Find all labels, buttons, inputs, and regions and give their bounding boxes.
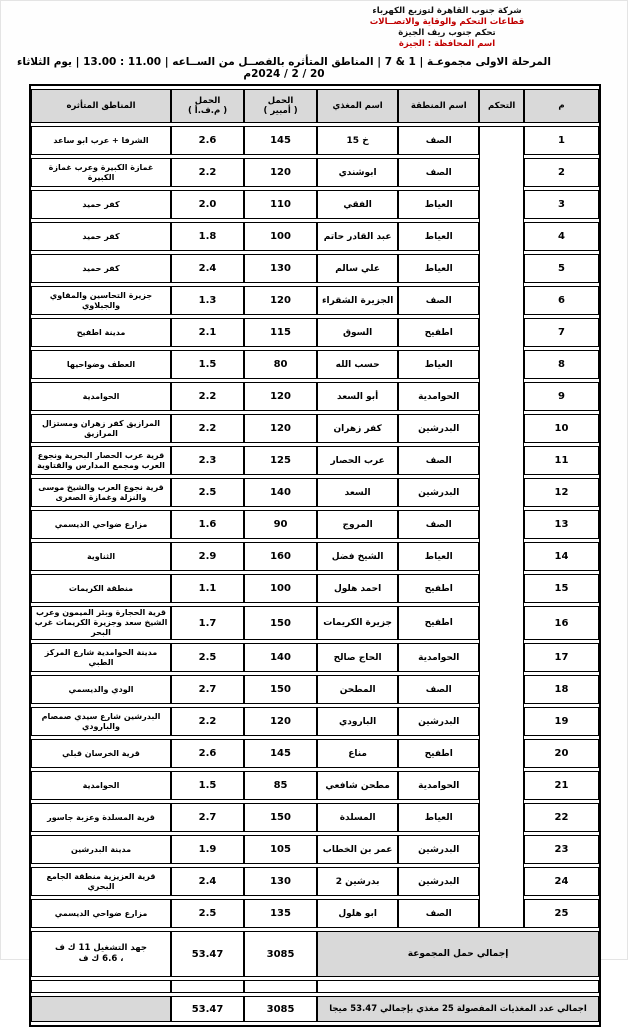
row-number: 7: [524, 318, 599, 347]
table-row: 1الصفخ 151452.6الشرفا + عرب ابو ساعد: [31, 126, 599, 155]
page-title: المرحلة الاولى مجموعـة | 1 & 7 | المناطق…: [11, 56, 617, 80]
load-amp-value: 90: [244, 510, 317, 539]
area-name: الصف: [398, 126, 479, 155]
load-mva-value: 2.7: [171, 675, 244, 704]
column-header-number: م: [524, 89, 599, 123]
document-page: شركة جنوب القاهرة لتوزيع الكهرباء قطاعات…: [0, 0, 628, 960]
affected-areas: كفر حميد: [31, 254, 171, 283]
load-amp-value: 145: [244, 739, 317, 768]
feeder-name: الحاج صالح: [317, 643, 398, 672]
company-name: شركة جنوب القاهرة لتوزيع الكهرباء: [322, 6, 572, 17]
area-name: الصف: [398, 510, 479, 539]
letterhead: شركة جنوب القاهرة لتوزيع الكهرباء قطاعات…: [322, 6, 572, 50]
load-mva-value: 1.5: [171, 350, 244, 379]
outage-table: م التحكم اسم المنطقة اسم المغذي الحمل ( …: [29, 84, 601, 1027]
row-number: 5: [524, 254, 599, 283]
affected-areas: منطقة الكريمات: [31, 574, 171, 603]
affected-areas: الودي والديسمي: [31, 675, 171, 704]
row-number: 24: [524, 867, 599, 896]
group-total-label: إجمالي حمل المجموعة: [317, 931, 599, 977]
spacer-row: [31, 980, 599, 993]
row-number: 13: [524, 510, 599, 539]
load-mva-value: 2.9: [171, 542, 244, 571]
group-total-row: إجمالي حمل المجموعة 3085 53.47 جهد التشغ…: [31, 931, 599, 977]
feeder-name: خ 15: [317, 126, 398, 155]
feeder-name: علي سالم: [317, 254, 398, 283]
load-amp-value: 120: [244, 707, 317, 736]
group-total-mva: 53.47: [171, 931, 244, 977]
load-amp-value: 145: [244, 126, 317, 155]
area-name: اطفيح: [398, 606, 479, 640]
load-mva-value: 1.7: [171, 606, 244, 640]
affected-areas: مدينة اطفيح: [31, 318, 171, 347]
affected-areas: قرية عرب الحصار البحرية ونجوع العرب ومجم…: [31, 446, 171, 475]
feeder-name: ابو هلول: [317, 899, 398, 928]
affected-areas: كفر حميد: [31, 222, 171, 251]
load-amp-value: 120: [244, 286, 317, 315]
affected-areas: قرية العزيزية منطقة الجامع البحري: [31, 867, 171, 896]
load-amp-value: 120: [244, 158, 317, 187]
affected-areas: مدينة البدرشين: [31, 835, 171, 864]
operating-voltage-note: جهد التشغيل 11 ك ف ، 6.6 ك ف: [31, 931, 171, 977]
load-mva-value: 1.5: [171, 771, 244, 800]
load-mva-value: 1.8: [171, 222, 244, 251]
control-cell: [479, 126, 524, 928]
row-number: 25: [524, 899, 599, 928]
row-number: 1: [524, 126, 599, 155]
affected-areas: الحوامدية: [31, 382, 171, 411]
sector-name: قطاعات التحكم والوقاية والاتصــالات: [322, 17, 572, 28]
row-number: 18: [524, 675, 599, 704]
row-number: 20: [524, 739, 599, 768]
load-mva-value: 2.0: [171, 190, 244, 219]
row-number: 16: [524, 606, 599, 640]
row-number: 8: [524, 350, 599, 379]
area-name: الحوامدية: [398, 771, 479, 800]
load-mva-value: 2.2: [171, 707, 244, 736]
area-name: اطفيح: [398, 318, 479, 347]
load-mva-value: 1.6: [171, 510, 244, 539]
affected-areas: قرية الخرسان قبلي: [31, 739, 171, 768]
area-name: البدرشين: [398, 478, 479, 507]
table-header-row: م التحكم اسم المنطقة اسم المغذي الحمل ( …: [31, 89, 599, 123]
row-number: 10: [524, 414, 599, 443]
table-body: 1الصفخ 151452.6الشرفا + عرب ابو ساعد2الص…: [31, 126, 599, 928]
affected-areas: كفر حميد: [31, 190, 171, 219]
load-mva-value: 2.5: [171, 478, 244, 507]
affected-areas: الشرفا + عرب ابو ساعد: [31, 126, 171, 155]
area-name: الصف: [398, 675, 479, 704]
column-header-load-amp: الحمل ( أمبير ): [244, 89, 317, 123]
affected-areas: الحوامدية: [31, 771, 171, 800]
load-amp-value: 115: [244, 318, 317, 347]
affected-areas: قرية المسلدة وعزبة جاسور: [31, 803, 171, 832]
grand-total-row: اجمالي عدد المغذيات المفصولة 25 مغذي بإج…: [31, 996, 599, 1022]
load-mva-value: 1.3: [171, 286, 244, 315]
load-mva-value: 2.4: [171, 867, 244, 896]
feeder-name: حسب الله: [317, 350, 398, 379]
load-amp-value: 140: [244, 643, 317, 672]
row-number: 2: [524, 158, 599, 187]
row-number: 4: [524, 222, 599, 251]
feeder-name: الفقي: [317, 190, 398, 219]
row-number: 17: [524, 643, 599, 672]
column-header-control: التحكم: [479, 89, 524, 123]
load-amp-value: 105: [244, 835, 317, 864]
affected-areas: مدينة الحوامدية شارع المركز الطبي: [31, 643, 171, 672]
load-mva-value: 2.2: [171, 158, 244, 187]
area-name: الصف: [398, 158, 479, 187]
load-amp-value: 100: [244, 574, 317, 603]
area-name: اطفيح: [398, 739, 479, 768]
load-amp-value: 125: [244, 446, 317, 475]
row-number: 22: [524, 803, 599, 832]
area-name: العياط: [398, 222, 479, 251]
affected-areas: قرية نجوع العرب والشيخ موسى والنزلة وغما…: [31, 478, 171, 507]
group-total-amp: 3085: [244, 931, 317, 977]
row-number: 12: [524, 478, 599, 507]
area-name: العياط: [398, 190, 479, 219]
feeder-name: مطحن شافعي: [317, 771, 398, 800]
affected-areas: البدرشين شارع سيدي صمصام والبارودي: [31, 707, 171, 736]
feeder-name: مناع: [317, 739, 398, 768]
load-mva-value: 2.6: [171, 126, 244, 155]
area-name: البدرشين: [398, 867, 479, 896]
load-mva-value: 2.6: [171, 739, 244, 768]
affected-areas: مزارع ضواحي الديسمي: [31, 510, 171, 539]
area-name: العياط: [398, 350, 479, 379]
column-header-affected: المناطق المتأثره: [31, 89, 171, 123]
row-number: 3: [524, 190, 599, 219]
feeder-name: الشيخ فضل: [317, 542, 398, 571]
row-number: 9: [524, 382, 599, 411]
load-amp-value: 150: [244, 803, 317, 832]
load-amp-value: 150: [244, 606, 317, 640]
area-name: الصف: [398, 286, 479, 315]
row-number: 14: [524, 542, 599, 571]
load-amp-value: 130: [244, 254, 317, 283]
feeder-name: أبو السعد: [317, 382, 398, 411]
load-amp-value: 150: [244, 675, 317, 704]
load-mva-value: 2.7: [171, 803, 244, 832]
load-amp-value: 120: [244, 414, 317, 443]
load-amp-value: 110: [244, 190, 317, 219]
row-number: 15: [524, 574, 599, 603]
load-mva-value: 2.5: [171, 899, 244, 928]
row-number: 11: [524, 446, 599, 475]
load-mva-value: 2.3: [171, 446, 244, 475]
feeder-name: السعد: [317, 478, 398, 507]
load-mva-value: 2.2: [171, 382, 244, 411]
feeder-name: كفر زهران: [317, 414, 398, 443]
affected-areas: العطف وضواحيها: [31, 350, 171, 379]
feeder-name: احمد هلول: [317, 574, 398, 603]
grand-total-mva: 53.47: [171, 996, 244, 1022]
load-mva-value: 1.9: [171, 835, 244, 864]
load-amp-value: 100: [244, 222, 317, 251]
affected-areas: المرازيق كفر زهران ومستزال المرازيق: [31, 414, 171, 443]
feeder-name: المروج: [317, 510, 398, 539]
feeder-name: عبد القادر حاتم: [317, 222, 398, 251]
feeder-name: المطحن: [317, 675, 398, 704]
column-header-load-mva: الحمل ( م.ف.أ ): [171, 89, 244, 123]
load-amp-value: 140: [244, 478, 317, 507]
feeder-name: بدرشين 2: [317, 867, 398, 896]
feeder-name: السوق: [317, 318, 398, 347]
area-name: العياط: [398, 803, 479, 832]
load-mva-value: 2.4: [171, 254, 244, 283]
column-header-feeder: اسم المغذي: [317, 89, 398, 123]
load-amp-value: 130: [244, 867, 317, 896]
area-name: الحوامدية: [398, 643, 479, 672]
load-amp-value: 135: [244, 899, 317, 928]
area-name: البدرشين: [398, 707, 479, 736]
load-mva-value: 2.2: [171, 414, 244, 443]
row-number: 19: [524, 707, 599, 736]
affected-areas: قرية الحجارة وبئر الميمون وعرب الشيخ سعد…: [31, 606, 171, 640]
area-name: الحوامدية: [398, 382, 479, 411]
area-name: اطفيح: [398, 574, 479, 603]
load-amp-value: 160: [244, 542, 317, 571]
load-amp-value: 80: [244, 350, 317, 379]
feeder-name: الجزيرة الشقراء: [317, 286, 398, 315]
area-name: الصف: [398, 446, 479, 475]
feeder-name: البارودي: [317, 707, 398, 736]
governorate-name: اسم المحافظة : الجيزة: [322, 39, 572, 50]
load-mva-value: 1.1: [171, 574, 244, 603]
area-name: العياط: [398, 254, 479, 283]
feeder-name: عمر بن الخطاب: [317, 835, 398, 864]
row-number: 6: [524, 286, 599, 315]
affected-areas: مزارع ضواحي الديسمي: [31, 899, 171, 928]
feeder-name: جزيرة الكريمات: [317, 606, 398, 640]
control-center-name: تحكم جنوب ريف الجيزة: [322, 28, 572, 39]
affected-areas: غمازة الكبيرة وعرب غمازة الكبيرة: [31, 158, 171, 187]
row-number: 21: [524, 771, 599, 800]
area-name: البدرشين: [398, 414, 479, 443]
feeder-name: المسلدة: [317, 803, 398, 832]
affected-areas: الثناوية: [31, 542, 171, 571]
grand-total-empty-cell: [31, 996, 171, 1022]
load-mva-value: 2.1: [171, 318, 244, 347]
load-amp-value: 120: [244, 382, 317, 411]
feeder-name: ابوشندي: [317, 158, 398, 187]
grand-total-amp: 3085: [244, 996, 317, 1022]
grand-total-label: اجمالي عدد المغذيات المفصولة 25 مغذي بإج…: [317, 996, 599, 1022]
affected-areas: جزيرة التحاسين والمقاوي والجبلاوي: [31, 286, 171, 315]
area-name: البدرشين: [398, 835, 479, 864]
load-mva-value: 2.5: [171, 643, 244, 672]
area-name: الصف: [398, 899, 479, 928]
area-name: العياط: [398, 542, 479, 571]
column-header-area: اسم المنطقة: [398, 89, 479, 123]
feeder-name: عرب الحصار: [317, 446, 398, 475]
load-amp-value: 85: [244, 771, 317, 800]
row-number: 23: [524, 835, 599, 864]
